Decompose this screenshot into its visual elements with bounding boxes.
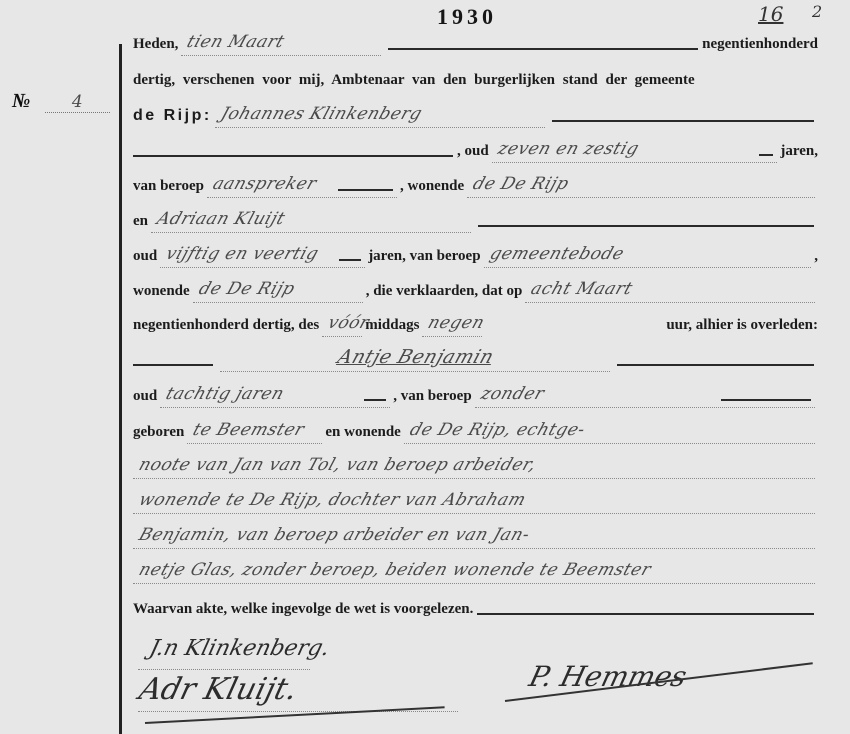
form-line-6: en Adriaan Kluijt — [133, 205, 818, 233]
field-voor-na: vóór — [322, 310, 362, 337]
field-free-text-1: noote van Jan van Tol, van beroep arbeid… — [133, 452, 815, 479]
label-en-wonende: en wonende — [325, 424, 400, 444]
label-heden: Heden, — [133, 36, 178, 56]
form-line-14: wonende te De Rijp, dochter van Abraham — [133, 486, 818, 514]
label-oud: , oud — [457, 143, 489, 163]
label-geboren: geboren — [133, 424, 184, 444]
record-number-label: № — [12, 90, 30, 113]
form-line-16: netje Glas, zonder beroep, beiden wonend… — [133, 556, 818, 584]
hw-declarant-2-age: vijftig en veertig — [156, 244, 327, 267]
label-wonende: , wonende — [400, 178, 464, 198]
filler-dash — [759, 154, 773, 156]
form-line-3: de Rijp: Johannes Klinkenberg — [133, 100, 818, 128]
hw-declarant-2-residence: de De Rijp — [189, 279, 303, 302]
field-deceased-occupation: zonder — [475, 381, 815, 408]
printed-text-waarvan-akte: Waarvan akte, welke ingevolge de wet is … — [133, 601, 473, 621]
hw-declarant-1-age: zeven en zestig — [488, 139, 647, 162]
field-deceased-residence: de De Rijp, echtge- — [404, 417, 815, 444]
hw-deceased-occupation: zonder — [471, 384, 553, 407]
hw-declarant-2-occupation: gemeentebode — [480, 244, 633, 267]
field-birthplace: te Beemster — [187, 417, 322, 444]
hw-deceased-name: Antje Benjamin — [328, 346, 503, 371]
field-declarant-1-name: Johannes Klinkenberg — [215, 101, 545, 128]
field-date: tien Maart — [181, 29, 381, 56]
field-declarant-2-age: vijftig en veertig — [160, 241, 365, 268]
filler-dash — [477, 613, 814, 615]
record-number-handwritten: 4 — [66, 92, 89, 115]
field-declarant-2-occupation: gemeentebode — [484, 241, 812, 268]
signature-declarant-1: J.n Klinkenberg. — [147, 636, 332, 661]
label-oud: oud — [133, 248, 157, 268]
hw-free-text-3: Benjamin, van beroep arbeider en van Jan… — [129, 525, 538, 548]
corner-annotation-2: 2 — [812, 2, 822, 21]
form-line-12: geboren te Beemster en wonende de De Rij… — [133, 416, 818, 444]
filler-dash — [364, 399, 386, 401]
filler-dash — [721, 399, 811, 401]
record-number-value: 4 — [45, 88, 110, 113]
label-wonende: wonende — [133, 283, 190, 303]
field-deceased-name: Antje Benjamin — [220, 345, 610, 372]
form-line-4: , oud zeven en zestig jaren, — [133, 135, 818, 163]
field-free-text-3: Benjamin, van beroep arbeider en van Jan… — [133, 522, 815, 549]
hw-death-date: acht Maart — [522, 279, 642, 302]
signature-declarant-2: Adr Kluijt. — [136, 672, 301, 707]
form-line-8: wonende de De Rijp , die verklaarden, da… — [133, 275, 818, 303]
hw-deceased-age: tachtig jaren — [156, 384, 293, 407]
field-declarant-2-name: Adriaan Kluijt — [151, 206, 471, 233]
label-negentienhonderd: negentienhonderd — [702, 36, 818, 56]
filler-dash — [133, 364, 213, 366]
form-line-15: Benjamin, van beroep arbeider en van Jan… — [133, 521, 818, 549]
label-van-beroep: van beroep — [133, 178, 204, 198]
hw-free-text-1: noote van Jan van Tol, van beroep arbeid… — [129, 455, 545, 478]
label-jaren-van-beroep: jaren, van beroep — [368, 248, 480, 268]
hw-declarant-1-name: Johannes Klinkenberg — [211, 104, 430, 127]
label-uur-overleden: uur, alhier is overleden: — [666, 317, 818, 337]
hw-free-text-2: wonende te De Rijp, dochter van Abraham — [129, 490, 534, 513]
form-line-1: Heden, tien Maart negentienhonderd — [133, 28, 818, 56]
filler-dash — [552, 120, 814, 122]
label-van-beroep: , van beroep — [393, 388, 471, 408]
hw-date: tien Maart — [178, 32, 294, 55]
field-free-text-4: netje Glas, zonder beroep, beiden wonend… — [133, 557, 815, 584]
hw-declarant-2-name: Adriaan Kluijt — [147, 209, 293, 232]
printed-text-negentienhonderd-dertig: negentienhonderd dertig, des — [133, 317, 319, 337]
corner-annotation-1: 16 — [758, 2, 783, 26]
hw-hour: negen — [419, 313, 494, 336]
filler-dash — [478, 225, 814, 227]
label-en: en — [133, 213, 148, 233]
signature-line-1 — [138, 668, 310, 670]
form-line-2: dertig, verschenen voor mij, Ambtenaar v… — [133, 64, 818, 92]
signature-line-2 — [138, 710, 458, 712]
field-declarant-1-age: zeven en zestig — [492, 136, 778, 163]
filler-dash — [388, 48, 698, 50]
field-declarant-1-occupation: aanspreker — [207, 171, 397, 198]
field-free-text-2: wonende te De Rijp, dochter van Abraham — [133, 487, 815, 514]
hw-voor: vóór — [319, 313, 379, 336]
hw-deceased-residence: de De Rijp, echtge- — [400, 420, 594, 443]
form-line-7: oud vijftig en veertig jaren, van beroep… — [133, 240, 818, 268]
label-oud: oud — [133, 388, 157, 408]
form-line-17: Waarvan akte, welke ingevolge de wet is … — [133, 593, 818, 621]
form-line-10: Antje Benjamin — [133, 344, 818, 372]
filler-dash — [338, 189, 393, 191]
form-line-5: van beroep aanspreker , wonende de De Ri… — [133, 170, 818, 198]
civil-death-record-page: 1930 16 2 № 4 Heden, tien Maart negentie… — [0, 0, 850, 734]
label-de-rijp: de Rijp: — [133, 107, 212, 128]
margin-vertical-rule — [119, 44, 122, 734]
filler-dash — [617, 364, 814, 366]
hw-declarant-1-residence: de De Rijp — [463, 174, 577, 197]
signature-2-underline — [145, 706, 445, 724]
filler-dash — [133, 155, 453, 157]
field-death-date: acht Maart — [525, 276, 815, 303]
hw-declarant-1-occupation: aanspreker — [203, 174, 325, 197]
label-jaren: jaren, — [780, 143, 818, 163]
punctuation-comma: , — [814, 248, 818, 268]
record-year: 1930 — [437, 4, 497, 30]
form-line-13: noote van Jan van Tol, van beroep arbeid… — [133, 451, 818, 479]
field-hour: negen — [422, 310, 482, 337]
form-line-9: negentienhonderd dertig, des vóór middag… — [133, 309, 818, 337]
label-die-verklaarden: , die verklaarden, dat op — [366, 283, 523, 303]
form-line-11: oud tachtig jaren , van beroep zonder — [133, 380, 818, 408]
field-declarant-2-residence: de De Rijp — [193, 276, 363, 303]
field-deceased-age: tachtig jaren — [160, 381, 390, 408]
hw-free-text-4: netje Glas, zonder beroep, beiden wonend… — [129, 560, 659, 583]
field-declarant-1-residence: de De Rijp — [467, 171, 815, 198]
hw-birthplace: te Beemster — [184, 420, 314, 443]
printed-text-line-2: dertig, verschenen voor mij, Ambtenaar v… — [133, 72, 695, 92]
filler-dash — [339, 259, 361, 261]
